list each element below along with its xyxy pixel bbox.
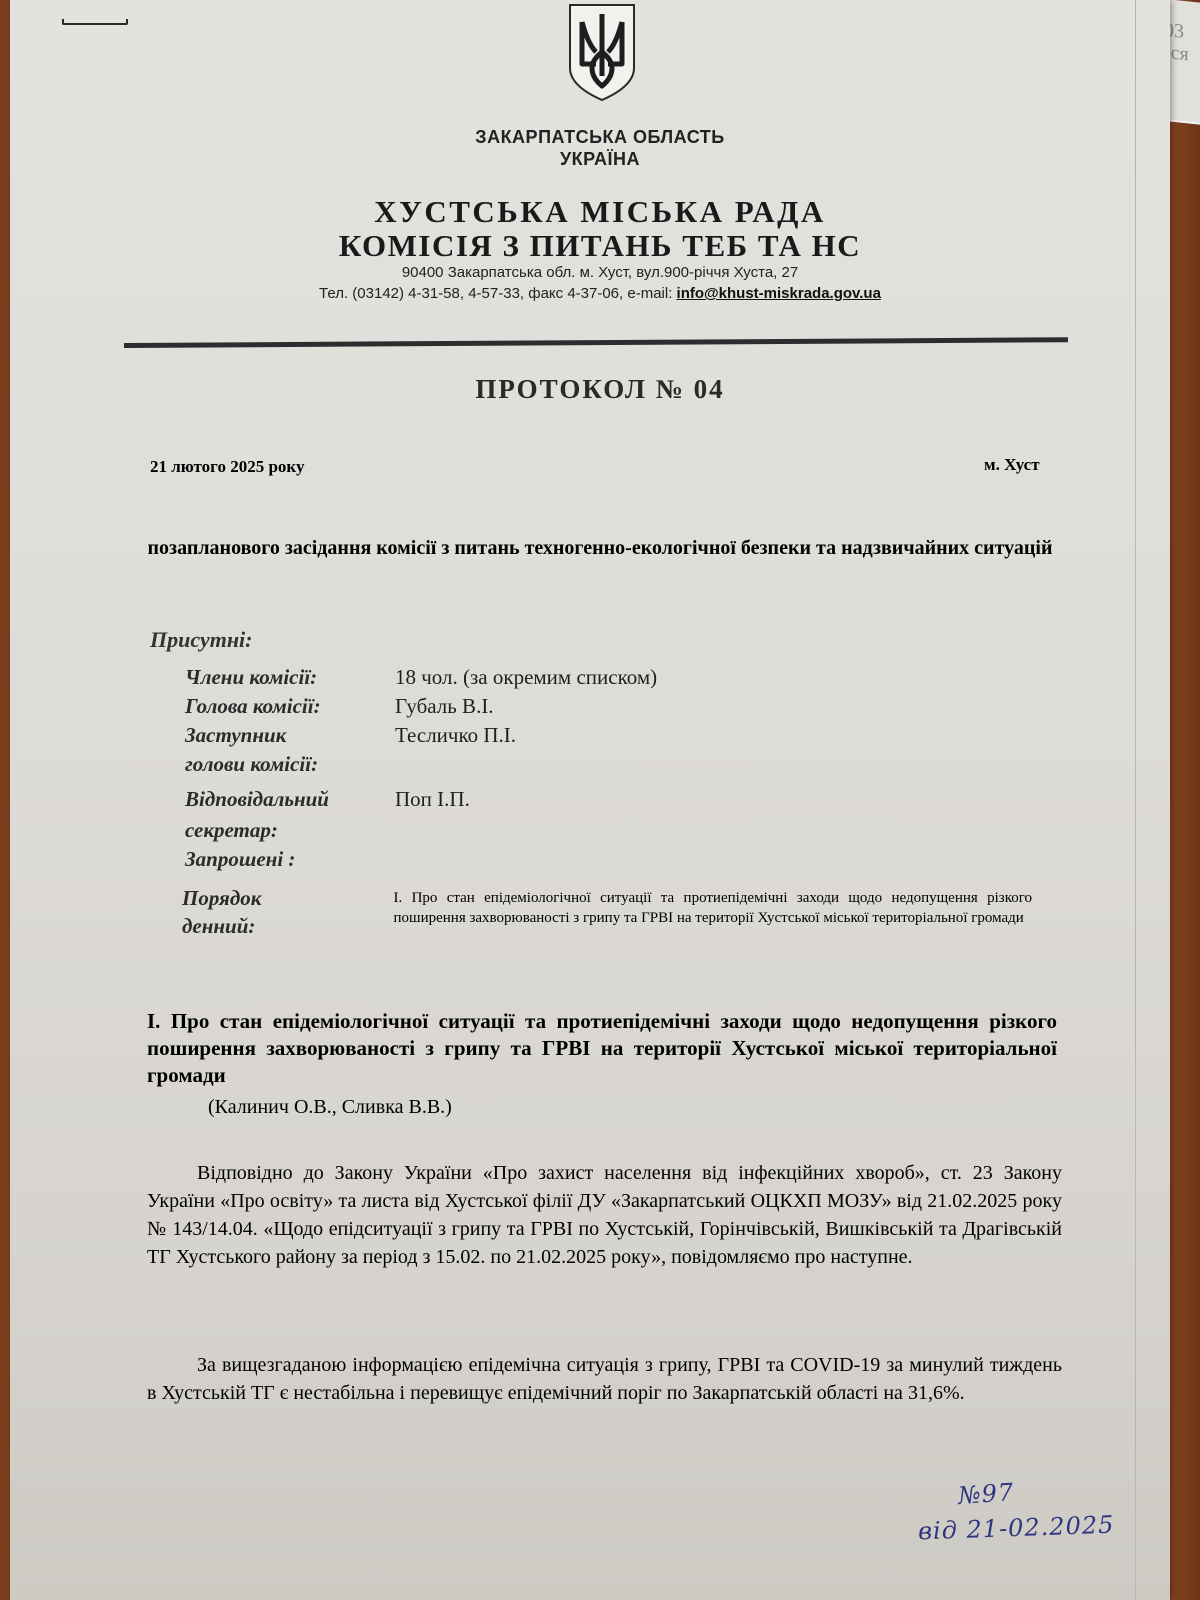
attendance-row: Члени комісії: 18 чол. (за окремим списк… (185, 663, 785, 692)
attendance-value: Губаль В.І. (395, 692, 494, 721)
agenda-label-line: Порядок (182, 884, 394, 912)
attendance-label: секретар: (185, 816, 395, 845)
agenda-item: І. Про стан епідеміологічної ситуації та… (394, 888, 1033, 940)
agenda-block: Порядок денний: І. Про стан епідеміологі… (182, 884, 1032, 940)
attendance-row: Голова комісії: Губаль В.І. (185, 692, 785, 721)
attendance-value: 18 чол. (за окремим списком) (395, 663, 657, 692)
attendance-label: Відповідальний (185, 785, 395, 814)
protocol-city: м. Хуст (984, 455, 1040, 475)
protocol-title: ПРОТОКОЛ № 04 (0, 374, 1200, 405)
attendance-row: Запрошені : (185, 845, 785, 874)
attendance-label: Запрошені : (185, 845, 395, 874)
commission-name: КОМІСІЯ З ПИТАНЬ ТЕБ ТА НС (0, 228, 1200, 264)
attendance-label: Члени комісії: (185, 663, 395, 692)
attendance-row: секретар: (185, 816, 785, 845)
staple-icon (62, 19, 128, 25)
council-name: ХУСТСЬКА МІСЬКА РАДА (0, 194, 1200, 230)
agenda-label-line: денний: (182, 912, 394, 940)
section-title: І. Про стан епідеміологічної ситуації та… (147, 1008, 1057, 1089)
address-line: 90400 Закарпатська обл. м. Хуст, вул.900… (0, 263, 1200, 283)
attendance-label: Заступник (185, 721, 395, 750)
agenda-label: Порядок денний: (182, 884, 394, 940)
email-link[interactable]: info@khust-miskrada.gov.ua (677, 285, 881, 302)
attendance-heading: Присутні: (150, 627, 253, 653)
attendance-row: Відповідальний Поп І.П. (185, 785, 785, 814)
attendance-row: голови комісії: (185, 750, 785, 779)
attendance-label: Голова комісії: (185, 692, 395, 721)
contacts-text: Тел. (03142) 4-31-58, 4-57-33, факс 4-37… (319, 285, 677, 302)
region-name: ЗАКАРПАТСЬКА ОБЛАСТЬ (0, 126, 1200, 148)
protocol-date: 21 лютого 2025 року (150, 457, 305, 477)
body-paragraph: За вищезгаданою інформацією епідемічна с… (147, 1351, 1062, 1407)
attendance-list: Члени комісії: 18 чол. (за окремим списк… (185, 663, 785, 874)
meeting-subtitle: позапланового засідання комісії з питань… (140, 533, 1060, 563)
attendance-value: Тесличко П.І. (395, 721, 516, 750)
attendance-row: Заступник Тесличко П.І. (185, 721, 785, 750)
handwritten-registration-number: №97 (957, 1478, 1015, 1510)
trident-emblem-icon (566, 2, 638, 102)
letterhead-region: ЗАКАРПАТСЬКА ОБЛАСТЬ УКРАЇНА (0, 126, 1200, 170)
section-speakers: (Калинич О.В., Сливка В.В.) (208, 1096, 452, 1119)
country-name: УКРАЇНА (0, 148, 1200, 170)
body-paragraph: Відповідно до Закону України «Про захист… (147, 1159, 1062, 1271)
attendance-value: Поп І.П. (395, 785, 470, 814)
attendance-label: голови комісії: (185, 750, 395, 779)
contacts-line: Тел. (03142) 4-31-58, 4-57-33, факс 4-37… (0, 284, 1200, 304)
